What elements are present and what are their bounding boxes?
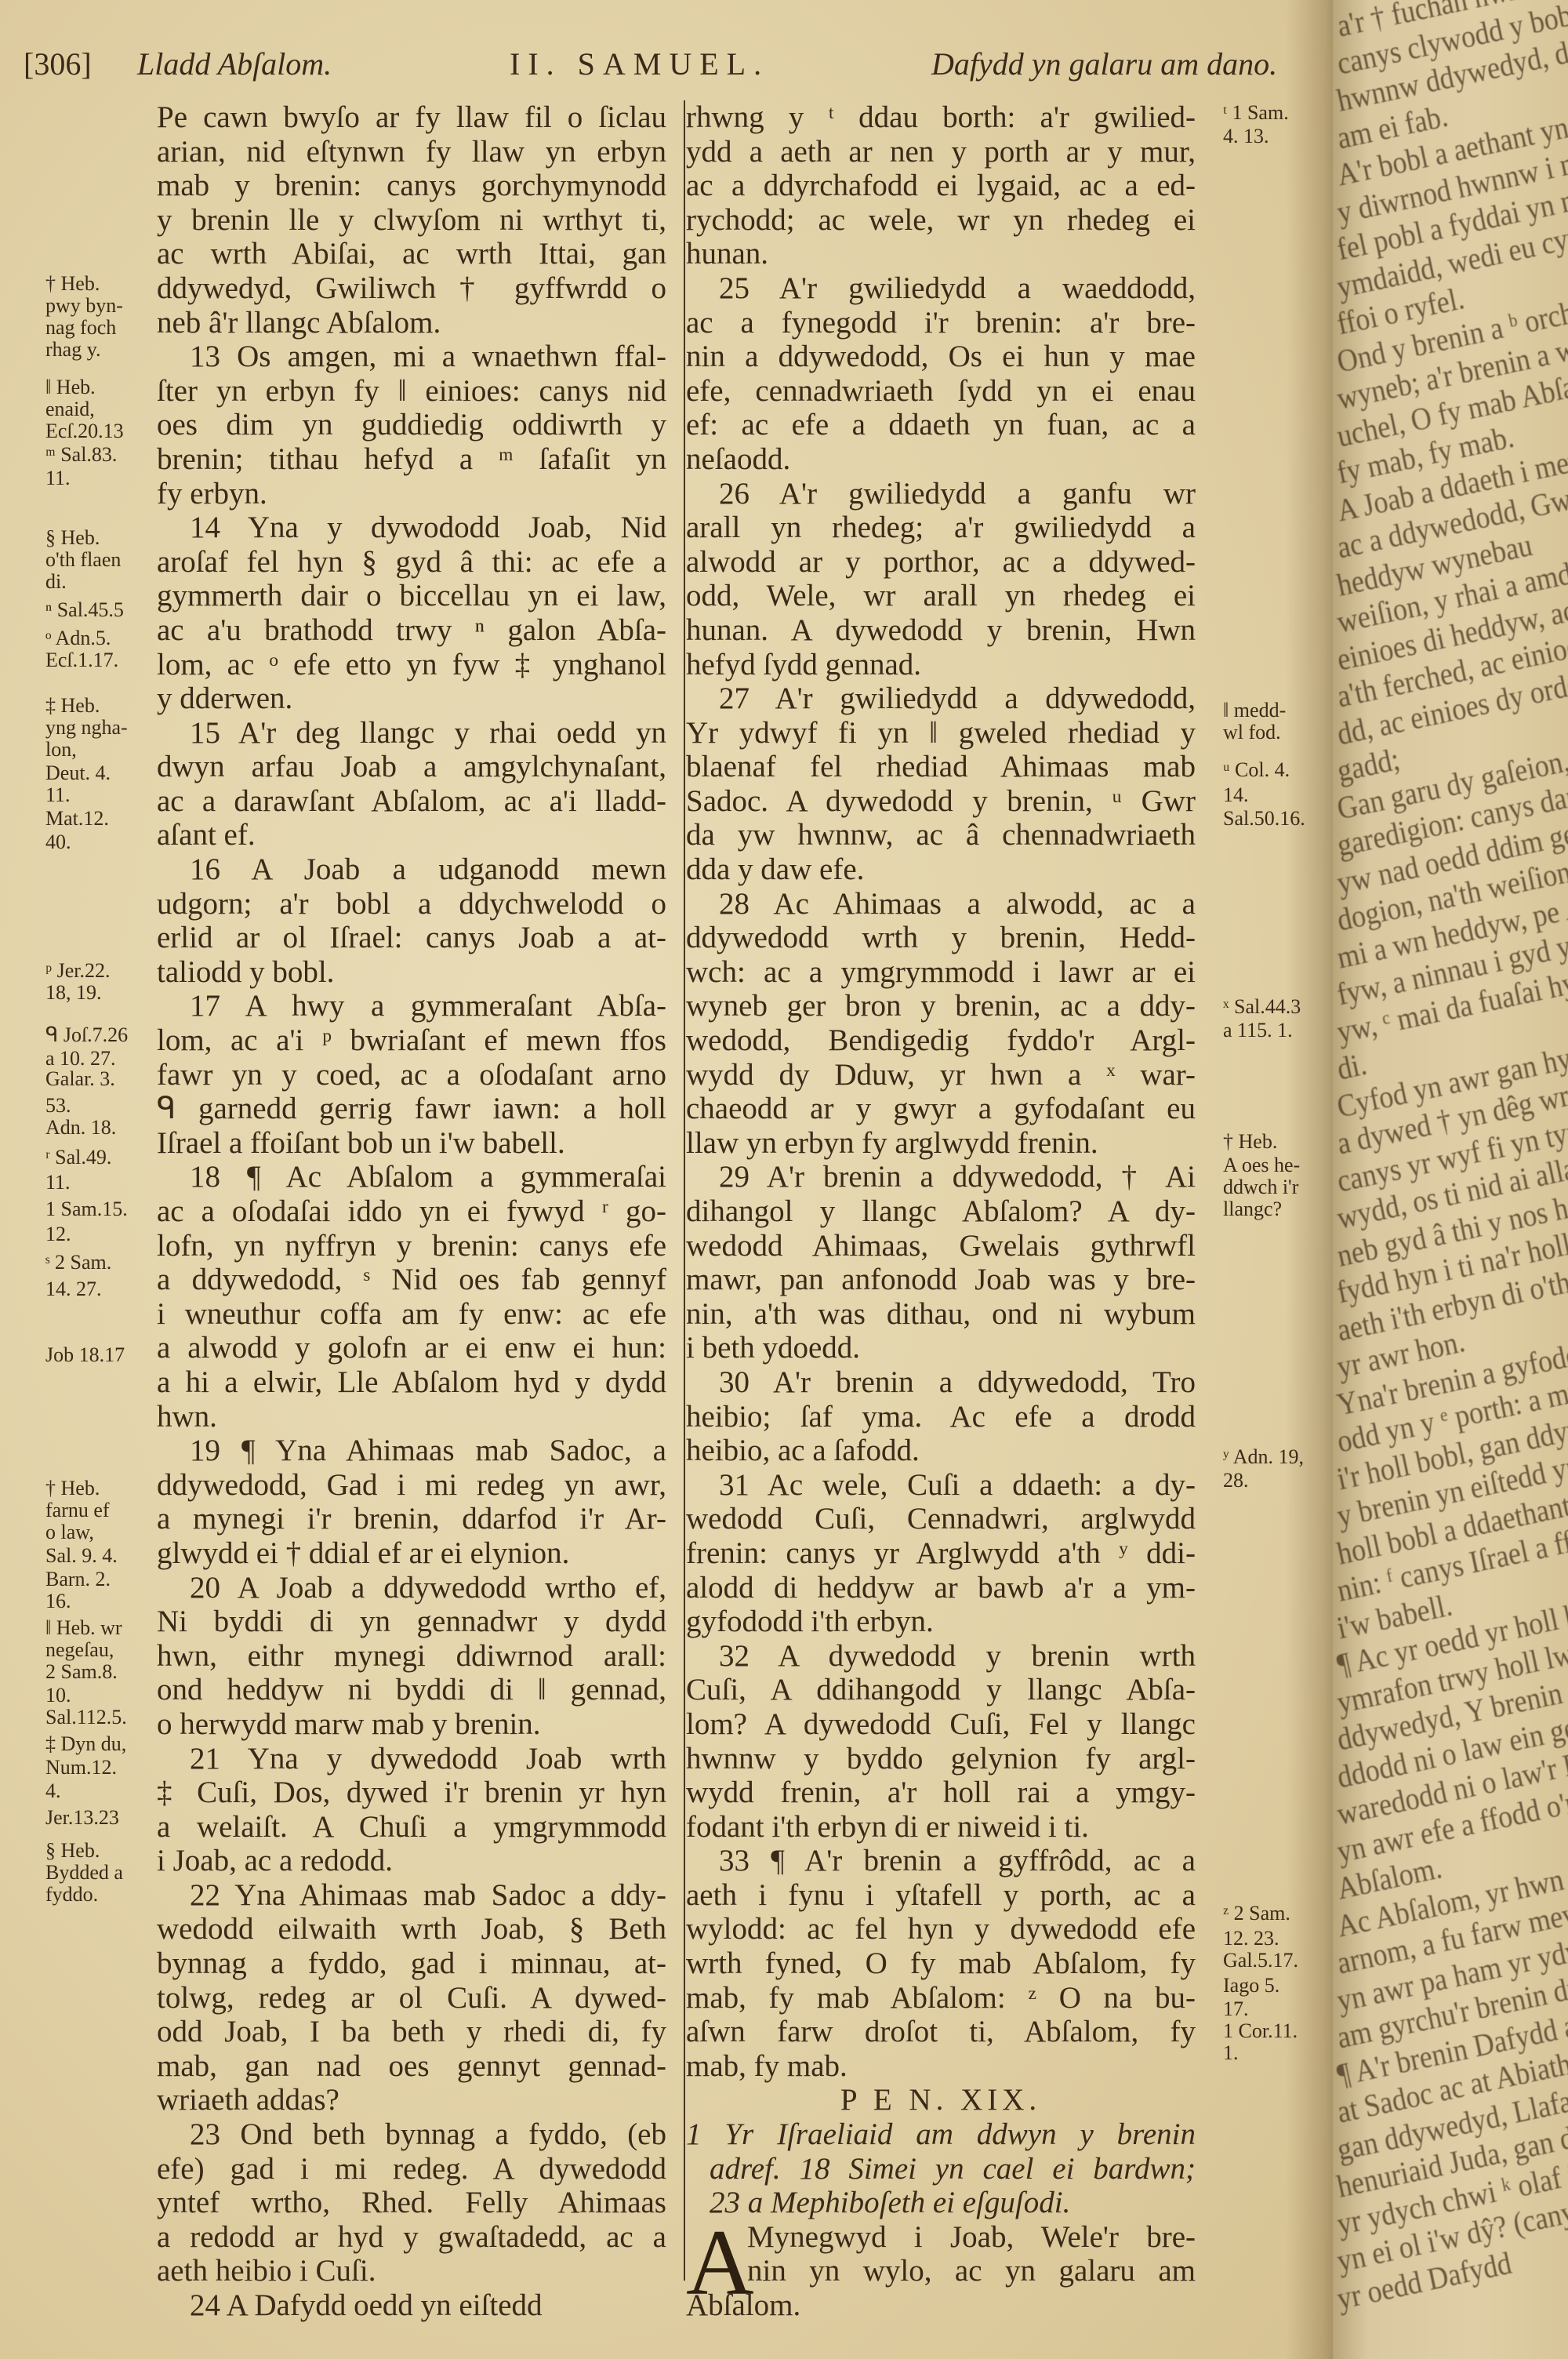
text-line: 28 Ac Ahimaas a alwodd, ac a	[686, 887, 1196, 921]
margin-note: fyddo.	[45, 1884, 98, 1906]
margin-note: wl fod.	[1223, 722, 1281, 743]
margin-note: 40.	[45, 831, 71, 853]
margin-note: 1 Sam.15.	[45, 1198, 128, 1220]
margin-note: § Heb.	[45, 1840, 100, 1862]
text-line: i beth ydoedd.	[686, 1331, 1196, 1365]
text-line: ſter yn erbyn fy ‖ einioes: canys nid	[157, 374, 666, 409]
book-page: [306] Lladd Abſalom. II. SAMUEL. Dafydd …	[0, 0, 1333, 2359]
text-line: aſwn farw droſot ti, Abſalom, fy	[686, 2015, 1196, 2049]
text-line: 14 Yna y dywododd Joab, Nid	[157, 511, 666, 545]
text-line: 25 A'r gwiliedydd a waeddodd,	[686, 271, 1196, 306]
margin-note: ʳ Sal.49.	[45, 1147, 111, 1169]
text-line: wydd dy Dduw, yr hwn a ˣ war-	[686, 1058, 1196, 1092]
text-line: oes dim yn guddiedig oddiwrth y	[157, 408, 666, 442]
margin-note: 4. 13.	[1223, 125, 1269, 147]
text-line: ac a fynegodd i'r brenin: a'r bre-	[686, 306, 1196, 340]
text-line: 29 A'r brenin a ddywedodd, † Ai	[686, 1160, 1196, 1194]
margin-note: Num.12.	[45, 1757, 117, 1779]
text-line: Cuſi, A ddihangodd y llangc Abſa-	[686, 1673, 1196, 1707]
text-line: a mynegi i'r brenin, ddarfod i'r Ar-	[157, 1502, 666, 1536]
text-line: hwn.	[157, 1400, 666, 1434]
margin-note: rhag y.	[45, 339, 101, 361]
margin-note: lon,	[45, 739, 77, 761]
margin-note: Ecſ.20.13	[45, 420, 124, 442]
text-line: ac a ddyrchafodd ei lygaid, ac a ed-	[686, 169, 1196, 203]
text-line: y dderwen.	[157, 682, 666, 716]
text-line: erlid ar ol Iſrael: canys Joab a at-	[157, 921, 666, 955]
text-line: ac wrth Abiſai, ac wrth Ittai, gan	[157, 237, 666, 271]
margin-note: ‡ Dyn du,	[45, 1733, 126, 1755]
margin-note: di.	[45, 571, 67, 593]
margin-note: ‖ Heb. wr	[45, 1617, 122, 1639]
margin-note: Jer.13.23	[45, 1807, 119, 1829]
text-line: a ddywedodd, ˢ Nid oes fab gennyf	[157, 1263, 666, 1297]
text-line: 21 Yna y dywedodd Joab wrth	[157, 1742, 666, 1776]
margin-note: ᵒ Adn.5.	[45, 627, 111, 649]
margin-note: ᵗ 1 Sam.	[1223, 102, 1289, 124]
text-line: wyneb ger bron y brenin, ac a ddy-	[686, 989, 1196, 1023]
text-line: fy erbyn.	[157, 477, 666, 511]
margin-note: Sal.112.5.	[45, 1707, 127, 1728]
margin-note: Job 18.17	[45, 1344, 125, 1366]
text-line: 15 A'r deg llangc y rhai oedd yn	[157, 716, 666, 751]
margin-note: ᵐ Sal.83.	[45, 444, 117, 466]
margin-note: ‖ medd-	[1223, 700, 1286, 722]
margin-note: a 115. 1.	[1223, 1020, 1293, 1041]
margin-note: 11.	[45, 1172, 71, 1194]
text-line: heibio; ſaf yma. Ac efe a drodd	[686, 1400, 1196, 1434]
text-line: wedodd eilwaith wrth Joab, § Beth	[157, 1912, 666, 1946]
margin-note: Mat.12.	[45, 808, 109, 830]
text-line: ond heddyw ni byddi di ‖ gennad,	[157, 1673, 666, 1707]
text-line: alwodd ar y porthor, ac a ddywed-	[686, 545, 1196, 580]
text-line: wedodd Cuſi, Cennadwri, arglwydd	[686, 1502, 1196, 1536]
summary-line: adref. 18 Simei yn cael ei bardwn;	[686, 2152, 1196, 2186]
text-line: gymmerth dair o biccellau yn ei law,	[157, 579, 666, 613]
margin-note: 14.	[1223, 784, 1249, 806]
text-line: fawr yn y coed, ac a oſodaſant arno	[157, 1058, 666, 1092]
text-line: aroſaf fel hyn § gyd â thi: ac efe a	[157, 545, 666, 580]
text-line: odd, Wele, wr arall yn rhedeg ei	[686, 579, 1196, 613]
margin-note: ‖ Heb.	[45, 376, 96, 398]
margin-note: Ecſ.1.17.	[45, 649, 118, 671]
margin-note: 17.	[1223, 1998, 1249, 2020]
facing-page-line: di.	[1334, 1045, 1370, 1088]
text-line: yntef wrtho, Rhed. Felly Ahimaas	[157, 2186, 666, 2220]
text-line: wydd frenin, a'r holl rai a ymgy-	[686, 1776, 1196, 1810]
text-line: 30 A'r brenin a ddywedodd, Tro	[686, 1365, 1196, 1400]
text-line: hunan. A dywedodd y brenin, Hwn	[686, 613, 1196, 648]
text-line: mab, fy mab.	[686, 2049, 1196, 2084]
chapter-summary: 1 Yr Iſraeliaid am ddwyn y breninadref. …	[686, 2117, 1196, 2220]
margin-note: 28.	[1223, 1470, 1249, 1492]
margin-note: 18, 19.	[45, 982, 102, 1004]
margin-note: farnu ef	[45, 1499, 110, 1521]
margin-note: ᵖ Jer.22.	[45, 960, 110, 982]
chapter-heading: P E N. XIX.	[686, 2083, 1196, 2117]
summary-line: 1 Yr Iſraeliaid am ddwyn y brenin	[686, 2117, 1196, 2152]
text-line: hwnnw y byddo gelynion fy argl-	[686, 1742, 1196, 1776]
text-line: neſaodd.	[686, 442, 1196, 477]
margin-note: a 10. 27.	[45, 1048, 116, 1070]
text-line: efe, cennadwriaeth ſydd yn ei enau	[686, 374, 1196, 409]
text-line: 24 A Dafydd oedd yn eiſtedd	[157, 2288, 666, 2323]
text-line: chaeodd ar y gwyr a gyfodaſant eu	[686, 1092, 1196, 1126]
text-line: frenin: canys yr Arglwydd a'th ʸ ddi-	[686, 1536, 1196, 1571]
text-line: bynnag a fyddo, gad i minnau, at-	[157, 1946, 666, 1981]
text-line: wylodd: ac fel hyn y dywedodd efe	[686, 1912, 1196, 1946]
text-line: rhwng y ᵗ ddau borth: a'r gwilied-	[686, 100, 1196, 135]
text-line: hefyd ſydd gennad.	[686, 648, 1196, 682]
text-line: udgorn; a'r bobl a ddychwelodd o	[157, 887, 666, 921]
text-line: da yw hwnnw, ac â chennadwriaeth	[686, 818, 1196, 852]
text-line: gyfododd i'th erbyn.	[686, 1605, 1196, 1639]
running-header: [306] Lladd Abſalom. II. SAMUEL. Dafydd …	[0, 45, 1333, 93]
text-line: ddywedyd, Gwiliwch † gyffwrdd o	[157, 271, 666, 306]
text-line: wedodd Ahimaas, Gwelais gythrwfl	[686, 1229, 1196, 1263]
margin-note: o'th flaen	[45, 549, 121, 571]
margin-note: ˢ 2 Sam.	[45, 1252, 111, 1274]
text-line: neb â'r llangc Abſalom.	[157, 306, 666, 340]
margin-note: 12. 23.	[1223, 1928, 1279, 1950]
text-line: hunan.	[686, 237, 1196, 271]
margin-note: 14. 27.	[45, 1278, 102, 1300]
text-line: brenin; tithau hefyd a ᵐ ſafaſit yn	[157, 442, 666, 477]
page-number: [306]	[24, 45, 92, 82]
text-line: glwydd ei † ddial ef ar ei elynion.	[157, 1536, 666, 1571]
margin-note: nag foch	[45, 317, 116, 339]
text-line: y brenin lle y clwyſom ni wrthyt ti,	[157, 203, 666, 238]
text-line: dihangol y llangc Abſalom? A dy-	[686, 1194, 1196, 1229]
margin-note: Deut. 4.	[45, 762, 111, 784]
text-line: nin a ddywedodd, Os ei hun y mae	[686, 340, 1196, 374]
text-line: aeth i fynu i yſtafell y porth, ac a	[686, 1878, 1196, 1913]
text-line: 17 A hwy a gymmeraſant Abſa-	[157, 989, 666, 1023]
text-line: hwn, eithr mynegi ddiwrnod arall:	[157, 1639, 666, 1674]
text-line: i Joab, ac a redodd.	[157, 1844, 666, 1878]
summary-line: 23 a Mephiboſeth ei eſguſodi.	[686, 2186, 1196, 2220]
text-line: wrth fyned, O fy mab Abſalom, fy	[686, 1946, 1196, 1981]
text-line: wedodd, Bendigedig fyddo'r Argl-	[686, 1023, 1196, 1058]
left-text-column: Pe cawn bwyſo ar fy llaw fil o ſiclauari…	[157, 100, 666, 2323]
margin-note: 2 Sam.8.	[45, 1661, 118, 1683]
text-line: lom, ac ᵒ efe etto yn fyw ‡ ynghanol	[157, 648, 666, 682]
text-line: Ni byddi di yn gennadwr y dydd	[157, 1605, 666, 1639]
text-line: blaenaf fel rhediad Ahimaas mab	[686, 750, 1196, 784]
margin-note: negeſau,	[45, 1639, 114, 1661]
margin-note: 10.	[45, 1685, 71, 1707]
margin-note: ᵘ Col. 4.	[1223, 759, 1290, 781]
margin-note: Sal. 9. 4.	[45, 1545, 118, 1567]
margin-note: yng ngha-	[45, 717, 128, 739]
margin-note: Galar. 3.	[45, 1068, 115, 1090]
book-title: II. SAMUEL.	[510, 45, 769, 82]
margin-note: llangc?	[1223, 1198, 1282, 1220]
margin-note: Barn. 2.	[45, 1568, 111, 1590]
text-line: 18 ¶ Ac Abſalom a gymmeraſai	[157, 1160, 666, 1194]
text-line: odd Joab, I ba beth y rhedi di, fy	[157, 2015, 666, 2049]
text-line: lom? A dywedodd Cuſi, Fel y llangc	[686, 1707, 1196, 1742]
text-line: ddywedodd, Gad i mi redeg yn awr,	[157, 1468, 666, 1503]
margin-note: 11.	[45, 467, 71, 489]
right-column-verses: rhwng y ᵗ ddau borth: a'r gwilied-ydd a …	[686, 100, 1196, 2083]
margin-note: ᑫ Joſ.7.26	[45, 1024, 128, 1046]
drop-cap: A	[686, 2223, 754, 2302]
opening-line: Mynegwyd i Joab, Wele'r bre-	[686, 2220, 1196, 2255]
text-line: arall yn rhedeg; a'r gwiliedydd a	[686, 511, 1196, 545]
text-line: Pe cawn bwyſo ar fy llaw fil o ſiclau	[157, 100, 666, 135]
text-line: a welaiſt. A Chuſi a ymgrymmodd	[157, 1810, 666, 1845]
margin-note: 53.	[45, 1095, 71, 1117]
margin-note: 4.	[45, 1780, 61, 1802]
text-line: aeth heibio i Cuſi.	[157, 2254, 666, 2288]
text-line: wch: ac a ymgrymmodd i lawr ar ei	[686, 955, 1196, 990]
opening-line: Abſalom.	[686, 2288, 1196, 2323]
margin-note: 12.	[45, 1223, 71, 1245]
text-line: dda y daw efe.	[686, 852, 1196, 887]
text-line: heibio, ac a ſafodd.	[686, 1434, 1196, 1468]
text-line: lofn, yn nyffryn y brenin: canys efe	[157, 1229, 666, 1263]
text-line: mab, fy mab Abſalom: ᶻ O na bu-	[686, 1981, 1196, 2016]
margin-note: Bydded a	[45, 1862, 123, 1884]
margin-note: 16.	[45, 1590, 71, 1612]
text-line: llaw yn erbyn fy arglwydd frenin.	[686, 1126, 1196, 1161]
text-line: 27 A'r gwiliedydd a ddywedodd,	[686, 682, 1196, 716]
margin-note: † Heb.	[45, 273, 100, 295]
text-line: a alwodd y golofn ar ei enw ei hun:	[157, 1331, 666, 1365]
text-line: a hi a elwir, Lle Abſalom hyd y dydd	[157, 1365, 666, 1400]
right-text-column: rhwng y ᵗ ddau borth: a'r gwilied-ydd a …	[686, 100, 1196, 2323]
text-line: taliodd y bobl.	[157, 955, 666, 990]
text-line: ac a'u brathodd trwy ⁿ galon Abſa-	[157, 613, 666, 648]
margin-note: 1.	[1223, 2042, 1239, 2064]
text-line: ac a darawſant Abſalom, ac a'i lladd-	[157, 784, 666, 819]
margin-note: ᶻ 2 Sam.	[1223, 1903, 1290, 1925]
left-running-title: Lladd Abſalom.	[137, 45, 332, 82]
text-line: arian, nid eſtynwn fy llaw yn erbyn	[157, 135, 666, 169]
text-line: ᑫ garnedd gerrig fawr iawn: a holl	[157, 1092, 666, 1126]
text-line: aſant ef.	[157, 818, 666, 852]
text-line: ‡ Cuſi, Dos, dywed i'r brenin yr hyn	[157, 1776, 666, 1810]
text-line: 32 A dywedodd y brenin wrth	[686, 1639, 1196, 1674]
text-line: lom, ac a'i ᵖ bwriaſant ef mewn ffos	[157, 1023, 666, 1058]
margin-note: § Heb.	[45, 527, 100, 549]
text-line: Iſrael a ffoiſant bob un i'w babell.	[157, 1126, 666, 1161]
text-line: o herwydd marw mab y brenin.	[157, 1707, 666, 1742]
text-line: 23 Ond beth bynnag a fyddo, (eb	[157, 2117, 666, 2152]
text-line: efe) gad i mi redeg. A dywedodd	[157, 2152, 666, 2186]
margin-note: † Heb.	[45, 1478, 100, 1499]
margin-note: o law,	[45, 1521, 94, 1543]
text-line: 31 Ac wele, Cuſi a ddaeth: a dy-	[686, 1468, 1196, 1503]
column-divider	[684, 100, 685, 2281]
text-line: mab, gan nad oes gennyt gennad-	[157, 2049, 666, 2084]
text-line: a redodd ar hyd y gwaſtadedd, ac a	[157, 2220, 666, 2255]
text-line: 19 ¶ Yna Ahimaas mab Sadoc, a	[157, 1434, 666, 1468]
margin-note: pwy byn-	[45, 295, 123, 317]
chapter-opening: AMynegwyd i Joab, Wele'r bre-nin yn wylo…	[686, 2220, 1196, 2323]
text-line: ydd a aeth ar nen y porth ar y mur,	[686, 135, 1196, 169]
margin-note: Iago 5.	[1223, 1975, 1279, 1997]
text-line: mab y brenin: canys gorchymynodd	[157, 169, 666, 203]
text-line: ac a oſodaſai iddo yn ei fywyd ʳ go-	[157, 1194, 666, 1229]
text-line: wriaeth addas?	[157, 2083, 666, 2117]
text-line: dwyn arfau Joab a amgylchynaſant,	[157, 750, 666, 784]
facing-page-edge: a'r † fuchan hwnnw yncanys clywodd y bob…	[1333, 0, 1568, 2359]
text-line: Yr ydwyf fi yn ‖ gweled rhediad y	[686, 716, 1196, 751]
text-line: tolwg, redeg ar ol Cuſi. A dywed-	[157, 1981, 666, 2016]
margin-note: Adn. 18.	[45, 1117, 116, 1139]
text-line: i wneuthur coffa am fy enw: ac efe	[157, 1297, 666, 1332]
text-line: ddywedodd wrth y brenin, Hedd-	[686, 921, 1196, 955]
right-running-title: Dafydd yn galaru am dano.	[931, 45, 1277, 82]
text-line: 16 A Joab a udganodd mewn	[157, 852, 666, 887]
text-line: mawr, pan anfonodd Joab was y bre-	[686, 1263, 1196, 1297]
text-line: fodant i'th erbyn di er niweid i ti.	[686, 1810, 1196, 1845]
margin-note: † Heb.	[1223, 1131, 1277, 1153]
text-line: 33 ¶ A'r brenin a gyffrôdd, ac a	[686, 1844, 1196, 1878]
text-line: alodd di heddyw ar bawb a'r a ym-	[686, 1571, 1196, 1605]
text-line: rychodd; ac wele, wr yn rhedeg ei	[686, 203, 1196, 238]
margin-note: ‡ Heb.	[45, 695, 100, 717]
text-line: nin, a'th was dithau, ond ni wybum	[686, 1297, 1196, 1332]
text-line: 13 Os amgen, mi a wnaethwn ffal-	[157, 340, 666, 374]
opening-line: nin yn wylo, ac yn galaru am	[686, 2254, 1196, 2288]
text-line: ef: ac efe a ddaeth yn fuan, ac a	[686, 408, 1196, 442]
margin-note: enaid,	[45, 398, 95, 420]
margin-note: ⁿ Sal.45.5	[45, 599, 124, 621]
text-line: 22 Yna Ahimaas mab Sadoc a ddy-	[157, 1878, 666, 1913]
margin-note: 11.	[45, 784, 71, 806]
text-line: 20 A Joab a ddywedodd wrtho ef,	[157, 1571, 666, 1605]
text-line: 26 A'r gwiliedydd a ganfu wr	[686, 477, 1196, 511]
text-line: Sadoc. A dywedodd y brenin, ᵘ Gwr	[686, 784, 1196, 819]
